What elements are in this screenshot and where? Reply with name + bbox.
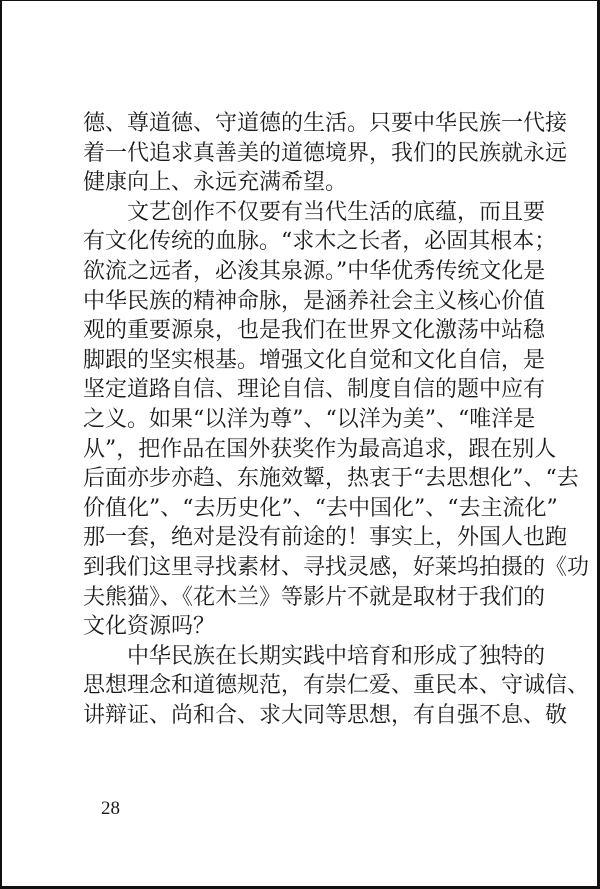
text-line: 观的重要源泉，也是我们在世界文化激荡中站稳 [83,316,527,346]
book-page: 德、尊道德、守道德的生活。只要中华民族一代接 着一代追求真善美的道德境界，我们的… [0,0,600,889]
text-line: 价值化”、“去历史化”、“去中国化”、“去主流化” [83,494,527,524]
text-line: 夫熊猫》、《花木兰》等影片不就是取材于我们的 [83,583,527,613]
text-line: 从”，把作品在国外获奖作为最高追求，跟在别人 [83,435,527,465]
text-line: 欲流之远者，必浚其泉源。”中华优秀传统文化是 [83,257,527,287]
text-line: 到我们这里寻找素材、寻找灵感，好莱坞拍摄的《功 [83,553,527,583]
text-line: 那一套，绝对是没有前途的！事实上，外国人也跑 [83,523,527,553]
text-line: 着一代追求真善美的道德境界，我们的民族就永远 [83,139,527,169]
page-number: 28 [101,798,120,820]
text-line: 思想理念和道德规范，有崇仁爱、重民本、守诚信、 [83,671,527,701]
text-line: 坚定道路自信、理论自信、制度自信的题中应有 [83,375,527,405]
text-line: 讲辩证、尚和合、求大同等思想，有自强不息、敬 [83,701,527,731]
text-line: 德、尊道德、守道德的生活。只要中华民族一代接 [83,109,527,139]
text-line: 文艺创作不仅要有当代生活的底蕴，而且要 [83,198,527,228]
text-line: 有文化传统的血脉。“求木之长者，必固其根本； [83,227,527,257]
text-line: 中华民族在长期实践中培育和形成了独特的 [83,642,527,672]
text-line: 中华民族的精神命脉，是涵养社会主义核心价值 [83,287,527,317]
text-line: 脚跟的坚实根基。增强文化自觉和文化自信，是 [83,346,527,376]
text-line: 文化资源吗？ [83,612,527,642]
text-line: 后面亦步亦趋、东施效颦，热衷于“去思想化”、“去 [83,464,527,494]
text-line: 健康向上、永远充满希望。 [83,168,527,198]
text-line: 之义。如果“以洋为尊”、“以洋为美”、“唯洋是 [83,405,527,435]
body-text: 德、尊道德、守道德的生活。只要中华民族一代接 着一代追求真善美的道德境界，我们的… [83,109,527,730]
